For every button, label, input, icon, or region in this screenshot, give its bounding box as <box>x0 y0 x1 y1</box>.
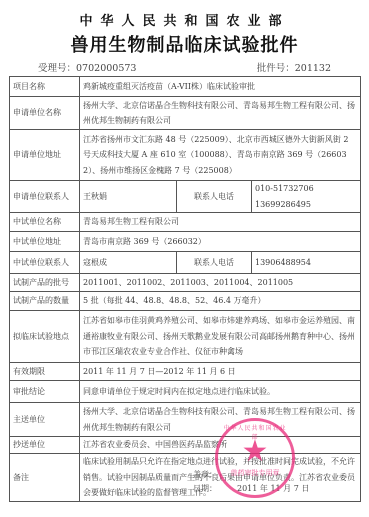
label-applicant-address: 申请单位地址 <box>10 130 80 181</box>
value-applicant-phone: 010-51732706 13699286495 <box>252 181 361 213</box>
row-applicant-name: 申请单位名称 扬州大学、北京信诺晶合生物科技有限公司、青岛易邦生物工程有限公司、… <box>10 97 361 130</box>
document-numbers: 受理号：0702000573 批件号：201132 <box>0 60 369 74</box>
label-batch-numbers: 试制产品的批号 <box>10 274 80 292</box>
label-pilot-phone: 联系人电话 <box>177 252 252 274</box>
value-conclusion: 同意申请单位于规定时间内在拟定地点进行临床试验。 <box>80 381 361 403</box>
label-trial-sites: 拟临床试验地点 <box>10 311 80 363</box>
row-validity: 有效期限 2011 年 11 月 7 日—2012 年 11 月 6 日 <box>10 363 361 381</box>
row-batch-numbers: 试制产品的批号 2011001、2011002、2011003、2011004、… <box>10 274 361 292</box>
row-applicant-contact: 申请单位联系人 王秋娟 联系人电话 010-51732706 136992864… <box>10 181 361 213</box>
phone-2: 13699286495 <box>255 197 357 213</box>
label-applicant-contact: 申请单位联系人 <box>10 181 80 213</box>
value-pilot-name: 青岛易邦生物工程有限公司 <box>80 213 361 232</box>
seal-label: 盖章： <box>193 469 217 480</box>
value-validity: 2011 年 11 月 7 日—2012 年 11 月 6 日 <box>80 363 361 381</box>
label-applicant-name: 申请单位名称 <box>10 97 80 130</box>
issue-date: 日期：2011 年 11 月 7 日 <box>193 483 309 494</box>
row-applicant-address: 申请单位地址 江苏省扬州市文汇东路 48 号（225009）、北京市西城区德外大… <box>10 130 361 181</box>
row-main-recipients: 主送单位 扬州大学、北京信诺晶合生物科技有限公司、青岛易邦生物工程有限公司、扬州… <box>10 403 361 437</box>
ministry-title: 中华人民共和国农业部 <box>0 10 369 29</box>
row-pilot-contact: 中试单位联系人 寇根成 联系人电话 13906488954 <box>10 252 361 274</box>
date-label: 日期： <box>193 484 217 493</box>
value-quantity: 5 批（每批 44、48.8、48.8、52、46.4 万毫升） <box>80 292 361 311</box>
value-applicant-address: 江苏省扬州市文汇东路 48 号（225009）、北京市西城区德外大街新风街 2 … <box>80 130 361 181</box>
row-trial-sites: 拟临床试验地点 江苏省如皋市佳羽黄鸡养殖公司、如皋市炜建养鸡场、如皋市金运养殖园… <box>10 311 361 363</box>
approval-number: 批件号：201132 <box>257 60 331 74</box>
value-pilot-contact: 寇根成 <box>80 252 177 274</box>
value-main-recipients: 扬州大学、北京信诺晶合生物科技有限公司、青岛易邦生物工程有限公司、扬州优邦生物制… <box>80 403 361 437</box>
label-validity: 有效期限 <box>10 363 80 381</box>
value-batch-numbers: 2011001、2011002、2011003、2011004、2011005 <box>80 274 361 292</box>
value-applicant-contact: 王秋娟 <box>80 181 177 213</box>
label-cc-recipients: 抄送单位 <box>10 437 80 454</box>
approval-form-table: 项目名称 鸡新城疫重组灭活疫苗（A-VII株）临床试验审批 申请单位名称 扬州大… <box>9 76 361 502</box>
document-title: 兽用生物制品临床试验批件 <box>0 31 369 57</box>
label-pilot-contact: 中试单位联系人 <box>10 252 80 274</box>
label-pilot-name: 中试单位名称 <box>10 213 80 232</box>
label-pilot-address: 中试单位地址 <box>10 232 80 252</box>
value-pilot-phone: 13906488954 <box>252 252 361 274</box>
row-project-name: 项目名称 鸡新城疫重组灭活疫苗（A-VII株）临床试验审批 <box>10 77 361 97</box>
label-conclusion: 审批结论 <box>10 381 80 403</box>
label-main-recipients: 主送单位 <box>10 403 80 437</box>
row-pilot-name: 中试单位名称 青岛易邦生物工程有限公司 <box>10 213 361 232</box>
value-applicant-name: 扬州大学、北京信诺晶合生物科技有限公司、青岛易邦生物工程有限公司、扬州优邦生物制… <box>80 97 361 130</box>
value-pilot-address: 青岛市南京路 369 号（266032） <box>80 232 361 252</box>
date-value: 2011 年 11 月 7 日 <box>237 484 309 493</box>
label-remarks: 备注 <box>10 454 80 502</box>
label-quantity: 试制产品的数量 <box>10 292 80 311</box>
value-trial-sites: 江苏省如皋市佳羽黄鸡养殖公司、如皋市炜建养鸡场、如皋市金运养殖园、南通裕康牧业有… <box>80 311 361 363</box>
row-cc-recipients: 抄送单位 江苏省农业委员会、中国兽医药品监察所 <box>10 437 361 454</box>
row-quantity: 试制产品的数量 5 批（每批 44、48.8、48.8、52、46.4 万毫升） <box>10 292 361 311</box>
row-pilot-address: 中试单位地址 青岛市南京路 369 号（266032） <box>10 232 361 252</box>
value-cc-recipients: 江苏省农业委员会、中国兽医药品监察所 <box>80 437 361 454</box>
label-project-name: 项目名称 <box>10 77 80 97</box>
acceptance-number: 受理号：0702000573 <box>38 60 136 74</box>
phone-1: 010-51732706 <box>255 181 357 197</box>
label-applicant-phone: 联系人电话 <box>177 181 252 213</box>
row-conclusion: 审批结论 同意申请单位于规定时间内在拟定地点进行临床试验。 <box>10 381 361 403</box>
value-project-name: 鸡新城疫重组灭活疫苗（A-VII株）临床试验审批 <box>80 77 361 97</box>
